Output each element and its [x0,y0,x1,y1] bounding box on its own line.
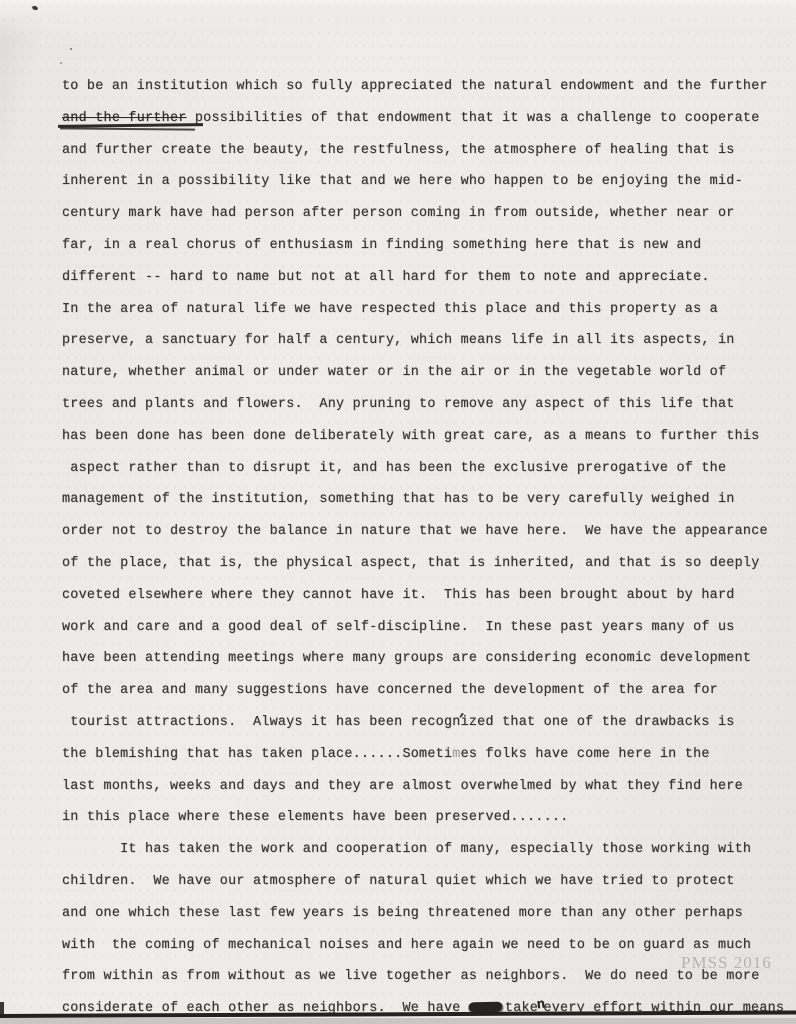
text-line: have been attending meetings where many … [62,643,796,675]
text-segment: nature, whether animal or under water or… [62,365,726,380]
text-segment: century mark have had person after perso… [62,206,735,221]
text-segment: and one which these last few years is be… [62,906,743,921]
typewritten-text: to be an institution which so fully appr… [62,71,796,1024]
text-segment: have been attending meetings where many … [62,651,751,666]
text-line: trees and plants and flowers. Any prunin… [62,389,796,421]
text-line: the blemishing that has taken place.....… [62,739,796,771]
text-segment: work and care and a good deal of self-di… [62,620,735,635]
text-segment: from within as from without as we live t… [62,969,760,984]
text-segment: the blemishing that has taken place.....… [62,747,452,762]
text-segment: inherent in a possibility like that and … [62,174,743,189]
text-segment: management of the institution, something… [62,492,735,507]
text-segment: tourist attractions. Always it has been … [62,715,735,730]
text-line: children. We have our atmosphere of natu… [62,866,796,898]
text-line: tourist attractions. Always it has been … [62,707,796,739]
text-segment: has been done has been done deliberately… [62,429,760,444]
text-segment: It has taken the work and cooperation of… [62,842,751,857]
watermark: PMSS 2016 [681,953,772,973]
text-line: last months, weeks and days and they are… [62,771,796,803]
text-line: has been done has been done deliberately… [62,421,796,453]
text-line: inherent in a possibility like that and … [62,166,796,198]
text-line: far, in a real chorus of enthusiasm in f… [62,230,796,262]
text-line: and one which these last few years is be… [62,898,796,930]
text-line: in this place where these elements have … [62,802,796,834]
text-segment: of the place, that is, the physical aspe… [62,556,760,571]
text-line: order not to destroy the balance in natu… [62,516,796,548]
text-segment: aspect rather than to disrupt it, and ha… [62,461,726,476]
paper-speck [31,5,38,11]
text-line: to be an institution which so fully appr… [62,71,796,103]
text-segment: possibilities of that endowment that it … [187,111,760,126]
text-line: century mark have had person after perso… [62,198,796,230]
text-segment: coveted elsewhere where they cannot have… [62,588,735,603]
text-segment: to be an institution which so fully appr… [62,79,768,94]
text-segment: with the coming of mechanical noises and… [62,938,751,953]
text-line: and further create the beauty, the restf… [62,135,796,167]
text-segment: trees and plants and flowers. Any prunin… [62,397,735,412]
text-segment: of the area and many suggestions have co… [62,683,718,698]
text-line: It has taken the work and cooperation of… [62,834,796,866]
text-segment: and the further [62,111,187,126]
text-line: nature, whether animal or under water or… [62,357,796,389]
text-segment: in this place where these elements have … [62,810,569,825]
text-segment: m [452,747,460,762]
text-line: management of the institution, something… [62,484,796,516]
text-segment: order not to destroy the balance in natu… [62,524,768,539]
text-segment: In the area of natural life we have resp… [62,302,718,317]
paper-speck [60,62,62,64]
document-page: to be an institution which so fully appr… [0,0,796,1024]
text-line: of the place, that is, the physical aspe… [62,548,796,580]
text-line: of the area and many suggestions have co… [62,675,796,707]
text-segment: last months, weeks and days and they are… [62,779,743,794]
text-line: work and care and a good deal of self-di… [62,612,796,644]
text-line: preserve, a sanctuary for half a century… [62,325,796,357]
text-line: and the further possibilities of that en… [62,103,796,135]
text-line: coveted elsewhere where they cannot have… [62,580,796,612]
text-line: In the area of natural life we have resp… [62,294,796,326]
text-segment: far, in a real chorus of enthusiasm in f… [62,238,701,253]
text-line: aspect rather than to disrupt it, and ha… [62,453,796,485]
text-segment: children. We have our atmosphere of natu… [62,874,735,889]
scanner-background [0,1018,796,1024]
text-segment: es folks have come here in the [461,747,710,762]
text-segment: preserve, a sanctuary for half a century… [62,333,735,348]
text-segment: and further create the beauty, the restf… [62,143,735,158]
text-segment: different -- hard to name but not at all… [62,270,710,285]
text-line: different -- hard to name but not at all… [62,262,796,294]
paper-speck [70,48,72,50]
